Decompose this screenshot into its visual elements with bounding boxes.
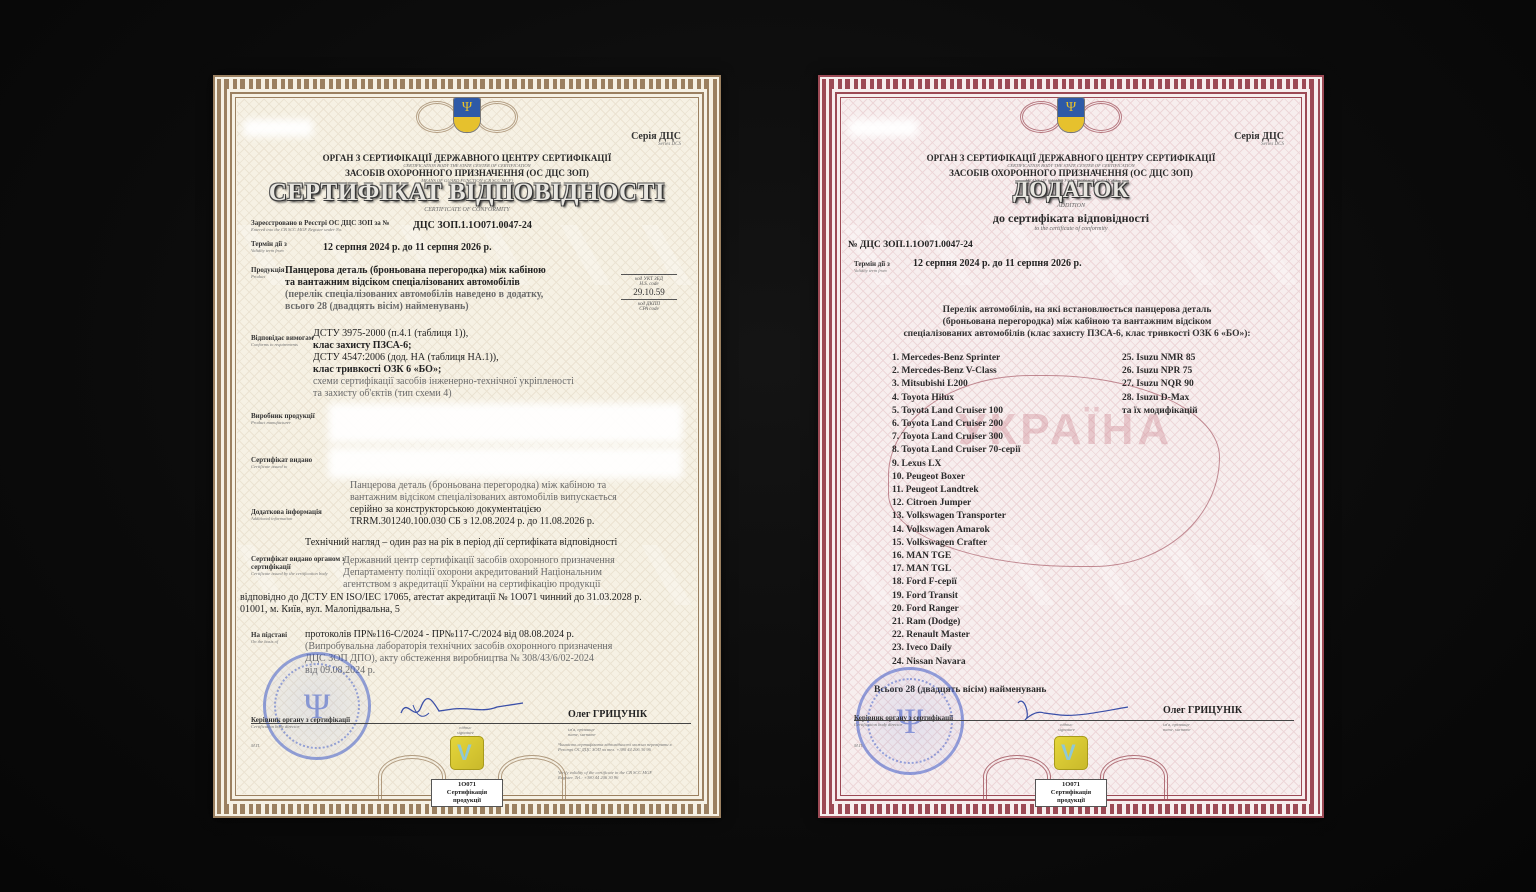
coat-of-arms-crest: Ψ <box>1026 87 1116 149</box>
vehicle-list-intro: Перелік автомобілів, на які встановлюєть… <box>858 304 1296 340</box>
vehicle-list-item: 8. Toyota Land Cruiser 70-серії <box>892 444 1020 457</box>
issued-by-label: Сертифікат видано органом з сертифікації… <box>251 555 351 576</box>
vehicle-list-item: 5. Toyota Land Cruiser 100 <box>892 405 1020 418</box>
registration-number: ДЦС ЗОП.1.1О071.0047-24 <box>413 220 532 232</box>
signature-line <box>854 720 1294 721</box>
vehicle-list-item: 2. Mercedes-Benz V-Class <box>892 365 1020 378</box>
technical-supervision: Технічний нагляд – один раз на рік в пер… <box>305 537 617 549</box>
vehicle-list-item: 21. Ram (Dodge) <box>892 616 1020 629</box>
document-title: ДОДАТОК <box>818 177 1324 203</box>
signature-line <box>251 723 691 724</box>
annex-subtitle: до сертифіката відповідності <box>818 211 1324 225</box>
series-label: Серія ДЦС Series DCS <box>1234 131 1284 147</box>
trident-shield-icon: Ψ <box>1057 97 1085 133</box>
signer-name-caption: ім'я, прізвище name, surname <box>1163 722 1191 732</box>
stamp-place-label: М.П. <box>251 743 260 748</box>
certification-mark-label: 1О071 Сертифікація продукції <box>1035 779 1107 807</box>
validity-period: 12 серпня 2024 р. до 11 серпня 2026 р. <box>913 258 1082 270</box>
stamp-place-label: М.П. <box>854 743 863 748</box>
crest-ornament <box>1080 101 1122 133</box>
vehicle-list-item: 18. Ford F-серії <box>892 576 1020 589</box>
vehicle-list-item: 1. Mercedes-Benz Sprinter <box>892 352 1020 365</box>
vehicle-list-item: 25. Isuzu NMR 85 <box>1122 352 1198 365</box>
document-title: СЕРТИФІКАТ ВІДПОВІДНОСТІ <box>213 179 721 207</box>
signature-caption: підпис signature <box>1058 722 1075 732</box>
accreditation: відповідно до ДСТУ EN ISO/IEC 17065, ате… <box>240 592 642 616</box>
additional-info-label: Додаткова інформація Additional informat… <box>251 508 322 521</box>
vehicle-list-item: 16. MAN TGE <box>892 550 1020 563</box>
registered-label: Зареєстровано в Реєстрі ОС ДЦС ЗОП за № … <box>251 219 411 232</box>
signer-name-caption: ім'я, прізвище name, surname <box>568 727 596 737</box>
vehicle-list-column-1: 1. Mercedes-Benz Sprinter2. Mercedes-Ben… <box>892 352 1020 669</box>
vehicle-list-item: 23. Iveco Daily <box>892 642 1020 655</box>
basis-label: На підставі On the basis of <box>251 631 287 644</box>
signature-caption: підпис signature <box>457 725 474 735</box>
crest-ornament <box>476 101 518 133</box>
vehicle-list-item: 17. MAN TGL <box>892 563 1020 576</box>
redacted-manufacturer <box>328 403 683 443</box>
coat-of-arms-crest: Ψ <box>422 87 512 149</box>
vehicle-list-item: 3. Mitsubishi L200 <box>892 378 1020 391</box>
redacted-area <box>243 119 313 137</box>
certificate-document: Ψ Серія ДЦС Series DCS ОРГАН З СЕРТИФІКА… <box>213 75 721 818</box>
conforms-label: Відповідає вимогам Conforms to requireme… <box>251 334 314 347</box>
vehicle-list-item: 26. Isuzu NPR 75 <box>1122 365 1198 378</box>
crest-ornament <box>1020 101 1062 133</box>
vehicle-list-item: 15. Volkswagen Crafter <box>892 537 1020 550</box>
vehicle-list-item: 10. Peugeot Boxer <box>892 471 1020 484</box>
vehicle-list-item: 11. Peugeot Landtrek <box>892 484 1020 497</box>
redacted-area <box>848 119 918 137</box>
certification-mark-icon: V <box>450 736 484 770</box>
signer-name: Олег ГРИЦУНІК <box>1163 705 1242 716</box>
document-title-en: ADDITION <box>818 203 1324 209</box>
validity-period: 12 серпня 2024 р. до 11 серпня 2026 р. <box>323 242 492 254</box>
ornament-flourish <box>498 755 566 799</box>
signature <box>393 695 533 725</box>
vehicle-list-item: 12. Citroen Jumper <box>892 497 1020 510</box>
vehicle-list-item: 6. Toyota Land Cruiser 200 <box>892 418 1020 431</box>
annex-document: УКРАЇНА Ψ Серія ДЦС Series DCS ОРГАН З С… <box>818 75 1324 818</box>
verify-info-en: Verify validity of the certificate in th… <box>558 770 658 780</box>
ornament-flourish <box>1100 755 1168 799</box>
vehicle-list-item: 4. Toyota Hilux <box>892 392 1020 405</box>
product-label: Продукція Product <box>251 266 284 279</box>
vehicle-list-item: 7. Toyota Land Cruiser 300 <box>892 431 1020 444</box>
vehicle-list-item: 27. Isuzu NQR 90 <box>1122 378 1198 391</box>
product-description: Панцерова деталь (броньована перегородка… <box>285 265 546 313</box>
certification-mark-icon: V <box>1054 736 1088 770</box>
series-label: Серія ДЦС Series DCS <box>631 131 681 147</box>
vehicle-list-item: 28. Isuzu D-Max <box>1122 392 1198 405</box>
vehicle-list-item: 14. Volkswagen Amarok <box>892 524 1020 537</box>
vehicle-list-item: та їх модифікацій <box>1122 405 1198 418</box>
issuing-body: Державний центр сертифікації засобів охо… <box>343 555 615 591</box>
certificate-number: № ДЦС ЗОП.1.1О071.0047-24 <box>848 239 973 251</box>
validity-label: Термін дії з Validity term from <box>854 260 890 273</box>
vehicle-list-item: 20. Ford Ranger <box>892 603 1020 616</box>
verify-info-ua: Чинність сертифіката відповідності можна… <box>558 742 678 752</box>
hs-code-box: код УКТ ЗЕД H.S. code 29.10.59 код ДКПП … <box>621 272 677 312</box>
vehicle-list-item: 19. Ford Transit <box>892 590 1020 603</box>
trident-shield-icon: Ψ <box>453 97 481 133</box>
crest-ornament <box>416 101 458 133</box>
validity-label: Термін дії з Validity term from <box>251 240 287 253</box>
signer-name: Олег ГРИЦУНІК <box>568 709 647 720</box>
manufacturer-label: Виробник продукції Product manufacturer <box>251 412 315 425</box>
official-stamp: Ψ <box>263 652 371 760</box>
vehicle-list-column-2: 25. Isuzu NMR 8526. Isuzu NPR 7527. Isuz… <box>1122 352 1198 418</box>
vehicle-list-item: 22. Renault Master <box>892 629 1020 642</box>
conformity-requirements: ДСТУ 3975-2000 (п.4.1 (таблиця 1)), клас… <box>313 328 574 400</box>
vehicle-list-item: 9. Lexus LX <box>892 458 1020 471</box>
redacted-recipient <box>328 447 683 479</box>
vehicle-list-item: 13. Volkswagen Transporter <box>892 510 1020 523</box>
document-title-en: CERTIFICATE OF CONFORMITY <box>213 207 721 213</box>
certification-mark-label: 1О071 Сертифікація продукції <box>431 779 503 807</box>
additional-info: Панцерова деталь (броньована перегородка… <box>350 480 617 528</box>
issued-to-label: Сертифікат видано Certificate issued to <box>251 456 312 469</box>
annex-subtitle-en: to the certificate of conformity <box>818 226 1324 232</box>
